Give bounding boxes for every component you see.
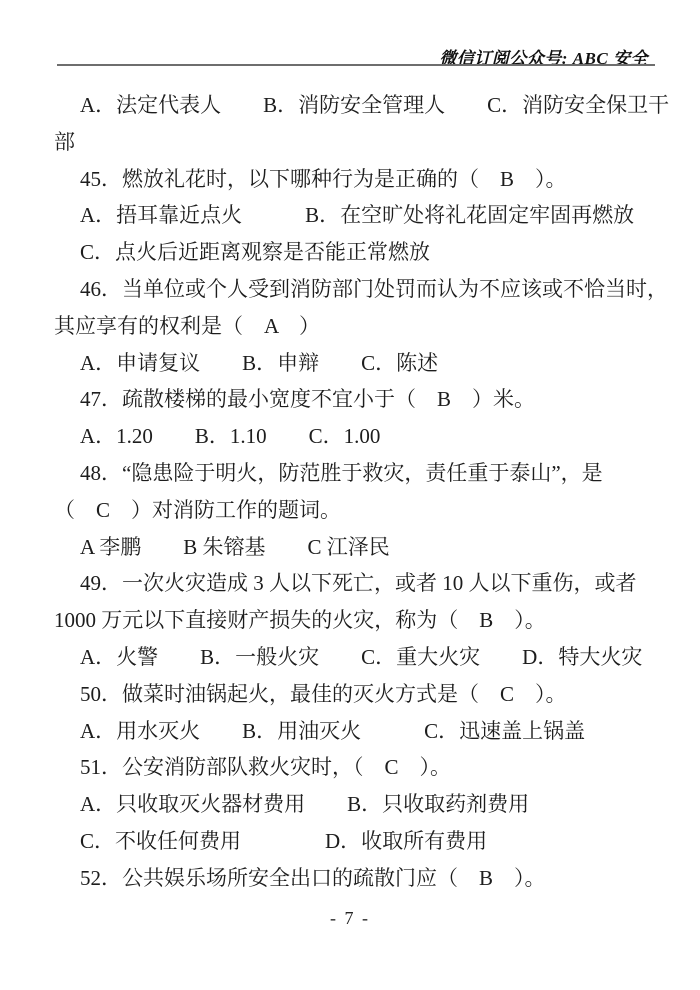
- header-rule: [57, 64, 655, 66]
- text-line: 1000 万元以下直接财产损失的火灾，称为（ B ）。: [54, 602, 670, 639]
- text-line: 45．燃放礼花时，以下哪种行为是正确的（ B ）。: [54, 161, 670, 198]
- question-text-block: A．法定代表人 B．消防安全管理人 C．消防安全保卫干部45．燃放礼花时，以下哪…: [54, 87, 670, 897]
- text-line: （ C ）对消防工作的题词。: [54, 492, 670, 529]
- text-line: A．申请复议 B．申辩 C．陈述: [54, 345, 670, 382]
- text-line: A．1.20 B．1.10 C．1.00: [54, 418, 670, 455]
- text-line: A．法定代表人 B．消防安全管理人 C．消防安全保卫干: [54, 87, 670, 124]
- text-line: A 李鹏 B 朱镕基 C 江泽民: [54, 529, 670, 566]
- text-line: C．不收任何费用 D．收取所有费用: [54, 823, 670, 860]
- text-line: 46．当单位或个人受到消防部门处罚而认为不应该或不恰当时，: [54, 271, 670, 308]
- page-number: - 7 -: [0, 908, 700, 929]
- text-line: A．只收取灭火器材费用 B．只收取药剂费用: [54, 786, 670, 823]
- text-line: 49．一次火灾造成 3 人以下死亡，或者 10 人以下重伤，或者: [54, 565, 670, 602]
- text-line: 51．公安消防部队救火灾时，（ C ）。: [54, 749, 670, 786]
- text-line: 48．“隐患险于明火，防范胜于救灾，责任重于泰山”，是: [54, 455, 670, 492]
- text-line: 部: [54, 124, 670, 161]
- text-line: 其应享有的权利是（ A ）: [54, 308, 670, 345]
- text-line: C．点火后近距离观察是否能正常燃放: [54, 234, 670, 271]
- text-line: A．捂耳靠近点火 B．在空旷处将礼花固定牢固再燃放: [54, 197, 670, 234]
- text-line: 50．做菜时油锅起火，最佳的灭火方式是（ C ）。: [54, 676, 670, 713]
- text-line: A．用水灭火 B．用油灭火 C．迅速盖上锅盖: [54, 713, 670, 750]
- text-line: 47．疏散楼梯的最小宽度不宜小于（ B ）米。: [54, 381, 670, 418]
- text-line: A．火警 B．一般火灾 C．重大火灾 D．特大火灾: [54, 639, 670, 676]
- text-line: 52．公共娱乐场所安全出口的疏散门应（ B ）。: [54, 860, 670, 897]
- document-page: 微信订阅公众号: ABC 安全 A．法定代表人 B．消防安全管理人 C．消防安全…: [0, 0, 700, 990]
